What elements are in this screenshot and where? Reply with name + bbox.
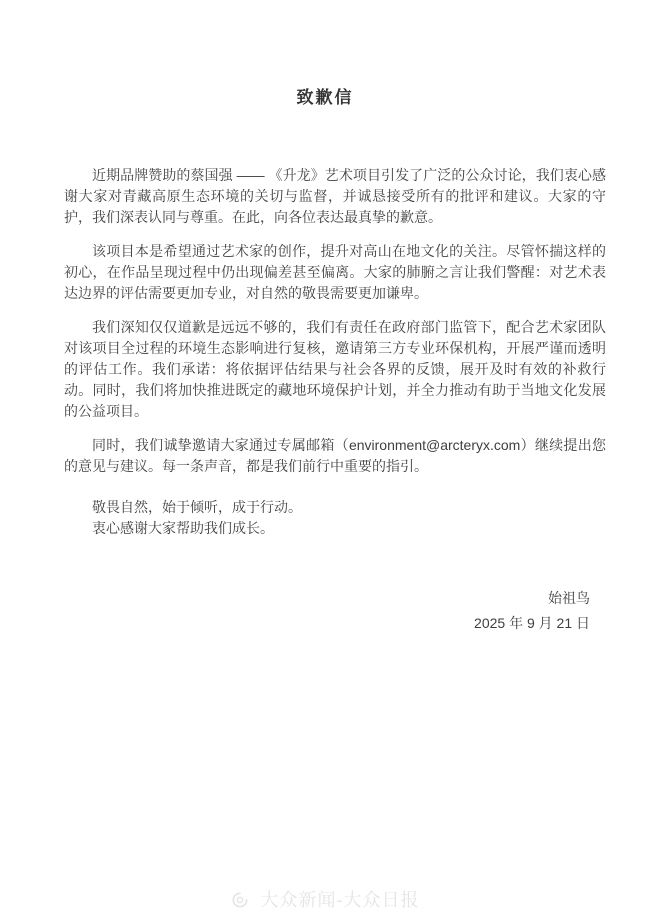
watermark: 大众新闻-大众日报 (0, 889, 650, 911)
weibo-logo-icon (230, 890, 250, 910)
letter-body: 近期品牌赞助的蔡国强 —— 《升龙》艺术项目引发了广泛的公众讨论，我们衷心感谢大… (64, 165, 606, 539)
letter-paragraph-intro: 近期品牌赞助的蔡国强 —— 《升龙》艺术项目引发了广泛的公众讨论，我们衷心感谢大… (64, 165, 606, 228)
watermark-text: 大众新闻-大众日报 (261, 890, 420, 910)
letter-paragraph-commitment: 我们深知仅仅道歉是远远不够的，我们有责任在政府部门监管下，配合艺术家团队对该项目… (64, 317, 606, 422)
letter-closing-line-2: 衷心感谢大家帮助我们成长。 (64, 518, 606, 539)
letter-paragraph-email-invite: 同时，我们诚挚邀请大家通过专属邮箱（environment@arcteryx.c… (64, 435, 606, 477)
signature-block: 始祖鸟 2025 年 9 月 21 日 (0, 586, 590, 636)
letter-paragraph-project: 该项目本是希望通过艺术家的创作，提升对高山在地文化的关注。尽管怀揣这样的初心，在… (64, 241, 606, 304)
signature-name: 始祖鸟 (0, 586, 590, 611)
letter-title: 致歉信 (0, 0, 650, 108)
signature-date: 2025 年 9 月 21 日 (0, 611, 590, 636)
letter-closing-line-1: 敬畏自然，始于倾听，成于行动。 (64, 497, 606, 518)
apology-letter-page: 致歉信 近期品牌赞助的蔡国强 —— 《升龙》艺术项目引发了广泛的公众讨论，我们衷… (0, 0, 650, 919)
